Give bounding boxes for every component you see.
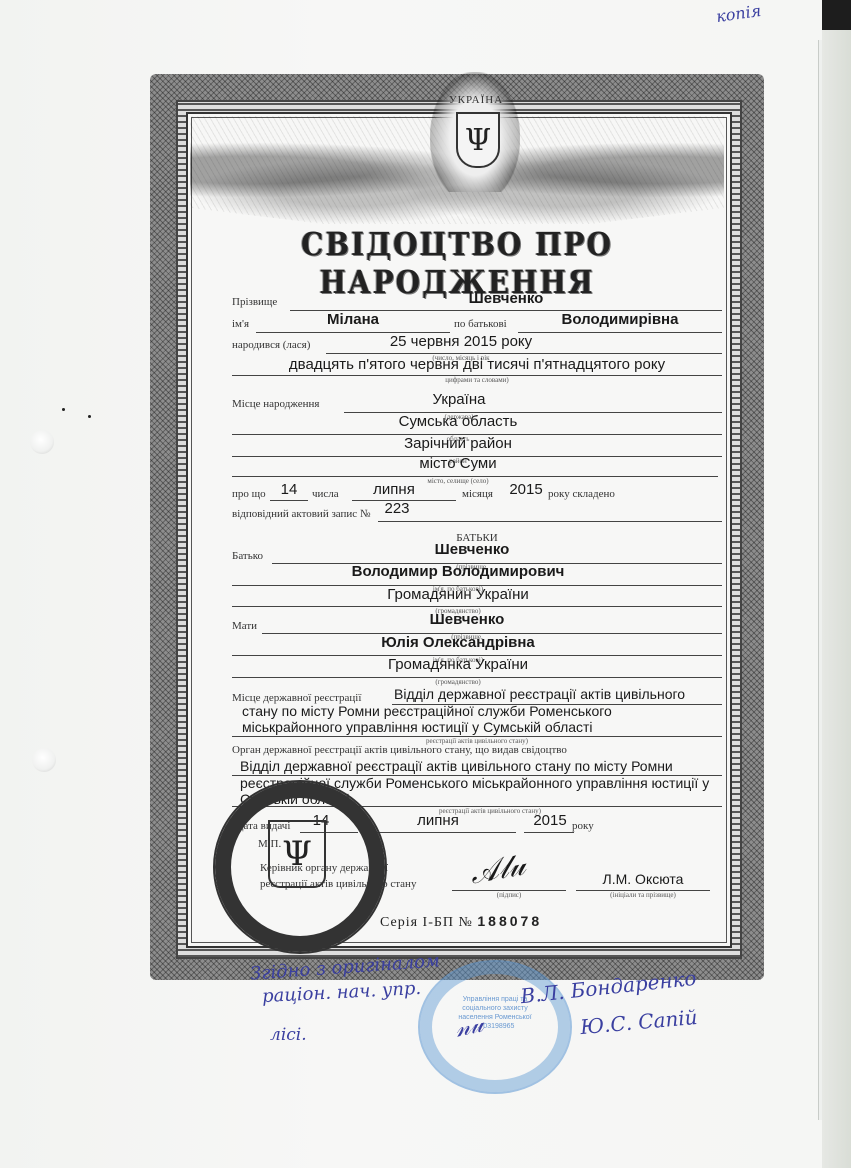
- issue-month-line: [370, 832, 516, 833]
- scanner-background-strip: [822, 0, 851, 1168]
- birthplace-region: Сумська область: [232, 413, 684, 430]
- mother-surname: Шевченко: [262, 611, 672, 628]
- surname-label: Прізвище: [232, 296, 277, 308]
- born-label: народився (лася): [232, 339, 310, 351]
- issue-year: 2015: [530, 812, 570, 829]
- record-number-line: [378, 521, 722, 522]
- issue-year-line: [524, 832, 574, 833]
- punch-hole: [30, 430, 54, 454]
- signature-hint: (підпис): [452, 891, 566, 899]
- record-day-label: числа: [312, 488, 339, 500]
- surname-value: Шевченко: [290, 290, 722, 307]
- record-number-label: відповідний актовий запис №: [232, 508, 370, 520]
- trident-icon: Ψ: [456, 112, 500, 168]
- registration-place-line-2: стану по місту Ромни реєстраційної служб…: [242, 703, 612, 719]
- speck: [88, 415, 91, 418]
- record-day-line: [270, 500, 308, 501]
- mother-citizenship-hint: (громадянство): [232, 678, 684, 686]
- series-number-value: 188078: [477, 913, 542, 929]
- mother-citizenship: Громадянка України: [232, 656, 684, 673]
- mother-name: Юлія Олександрівна: [232, 634, 684, 651]
- series-label: Серія І-БП №: [380, 915, 473, 930]
- birthplace-label: Місце народження: [232, 398, 319, 410]
- father-surname: Шевченко: [272, 541, 672, 558]
- issue-year-suffix: року: [572, 820, 594, 832]
- birth-date-words: двадцять п'ятого червня дві тисячі п'ятн…: [232, 356, 722, 373]
- punch-hole: [32, 748, 56, 772]
- patronymic-value: Володимирівна: [518, 311, 722, 328]
- handwritten-note-line-3: лісі.: [270, 1025, 307, 1045]
- birthplace-district: Зарічний район: [232, 435, 684, 452]
- registration-place-line-3: міськрайонного управління юстиції у Сумс…: [242, 719, 593, 735]
- issuer-line-1: Відділ державної реєстрації актів цивіль…: [240, 758, 673, 774]
- record-day: 14: [270, 481, 308, 498]
- issuer-label: Орган державної реєстрації актів цивільн…: [232, 744, 567, 756]
- head-name: Л.М. Оксюта: [576, 871, 710, 887]
- speck: [62, 408, 65, 411]
- series-number: Серія І-БП № 188078: [380, 913, 542, 931]
- birth-date-digits: 25 червня 2015 року: [326, 333, 596, 350]
- mother-label: Мати: [232, 620, 257, 632]
- record-month-label: місяця: [462, 488, 493, 500]
- name-label: ім'я: [232, 318, 249, 330]
- country-label: УКРАЇНА: [438, 94, 514, 106]
- father-label: Батько: [232, 550, 263, 562]
- patronymic-label: по батькові: [454, 318, 507, 330]
- record-suffix: року складено: [548, 488, 615, 500]
- name-value: Мілана: [256, 311, 450, 328]
- issue-month: липня: [410, 812, 466, 829]
- father-name: Володимир Володимирович: [232, 563, 684, 580]
- birth-date-words-hint: цифрами та словами): [232, 376, 722, 384]
- blue-signature: 𝓃𝓊: [452, 1009, 486, 1042]
- birthplace-country: Україна: [344, 391, 574, 408]
- record-prefix: про що: [232, 488, 266, 500]
- head-name-hint: (ініціали та прізвище): [576, 891, 710, 899]
- record-number: 223: [378, 500, 416, 517]
- record-year: 2015: [506, 481, 546, 498]
- registration-place-line-1: Відділ державної реєстрації актів цивіль…: [394, 686, 685, 702]
- record-month: липня: [352, 481, 436, 498]
- stamp-trident-icon: Ψ: [268, 820, 326, 888]
- birthplace-city: місто Суми: [232, 455, 684, 472]
- father-citizenship: Громадянин України: [232, 586, 684, 603]
